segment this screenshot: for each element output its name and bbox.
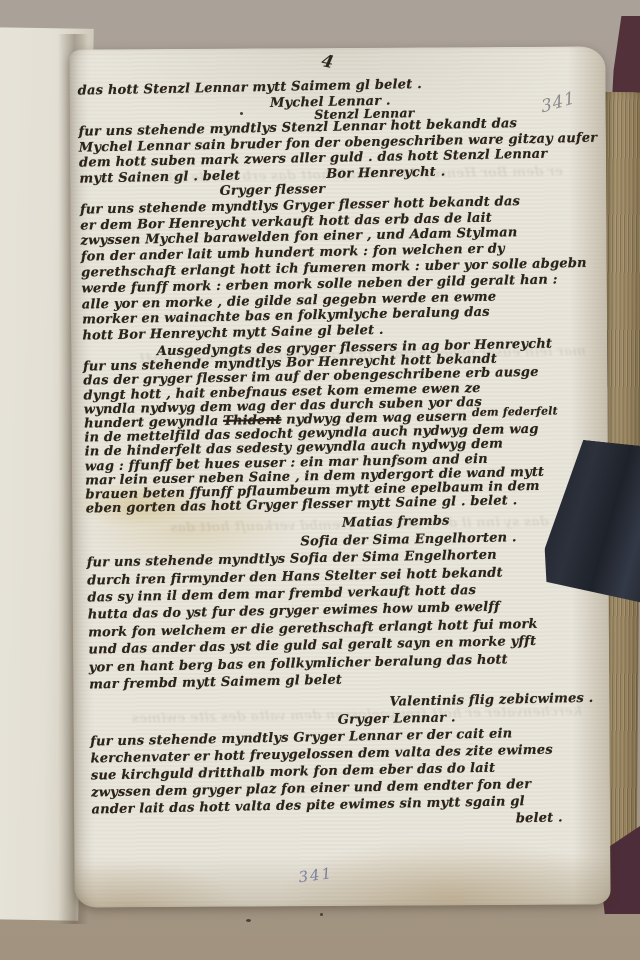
closing-word: belet . (516, 809, 614, 828)
table-speck (246, 919, 251, 922)
ink-speck (240, 112, 243, 115)
photo-of-manuscript: { "palette": { "background": "#a79d92", … (0, 0, 640, 960)
manuscript-line-text: mytt Sainen gl . belet (79, 168, 240, 186)
manuscript-page: er dem Bor Henreycht verkauft hott das e… (69, 46, 610, 907)
witness-name: Bor Henreycht . (326, 164, 445, 181)
table-speck (320, 913, 323, 916)
pencil-folio-bottom: 341 (297, 864, 334, 886)
handwritten-text-block: das hott Stenzl Lennar mytt Saimem gl be… (78, 74, 614, 836)
ink-folio-number: 4 (320, 51, 336, 73)
interlinear-insertion: dem federfelt (472, 404, 558, 419)
